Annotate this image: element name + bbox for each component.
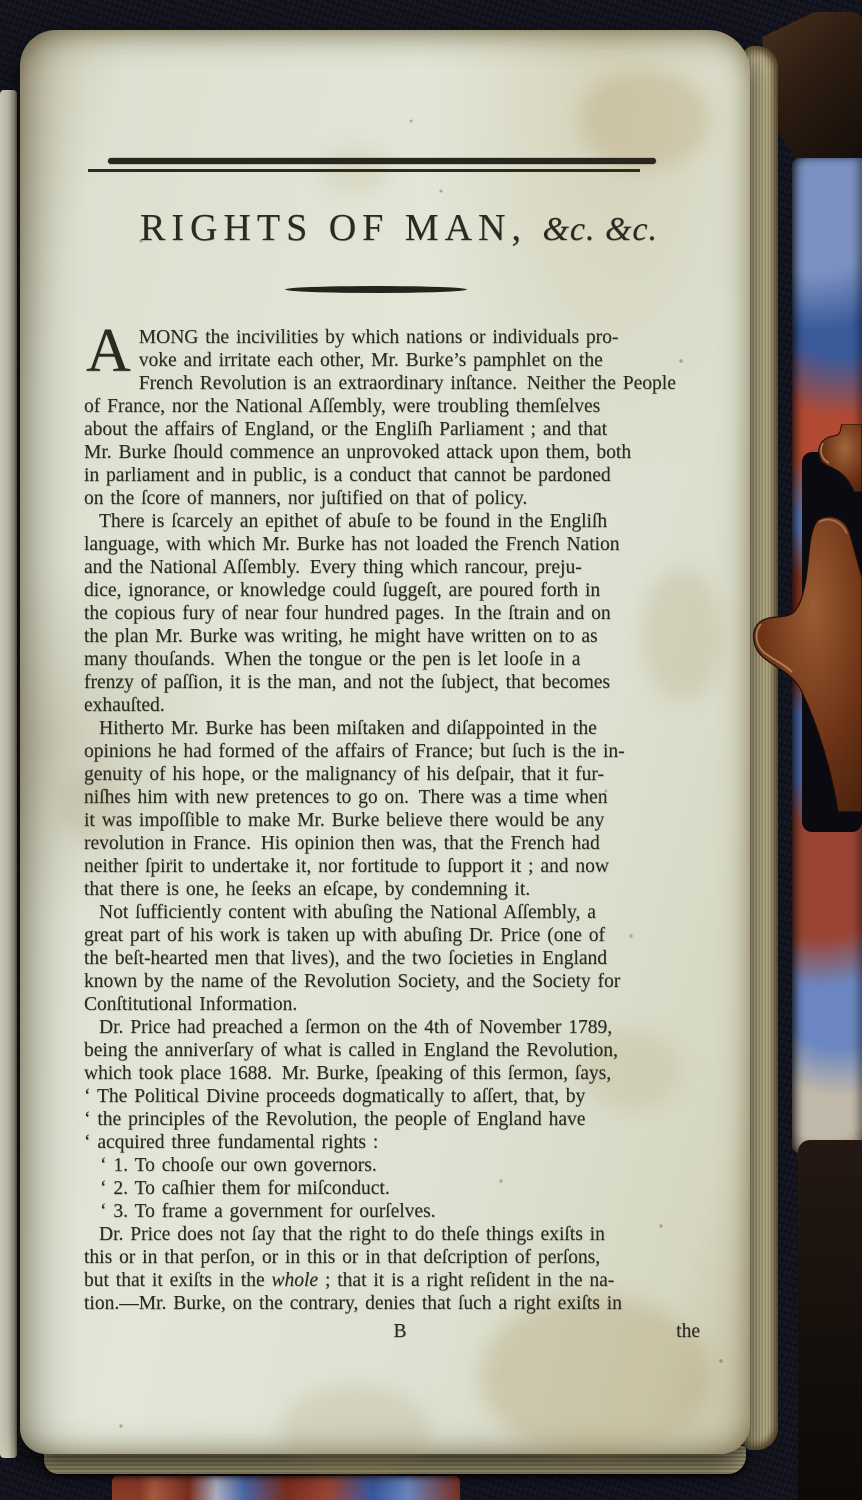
- italic-word-whole: whole: [271, 1270, 318, 1291]
- header-double-rule: [88, 158, 644, 172]
- book-clasp: [750, 512, 862, 812]
- leather-cover-bottom: [798, 1140, 862, 1500]
- book-clasp-top-piece: [814, 424, 862, 492]
- drop-cap: A: [84, 326, 139, 375]
- text-block: AMONG the incivilities by which nations …: [84, 326, 716, 1343]
- numbered-rights-list: ‘ 1. To chooſe our own governors. ‘ 2. T…: [100, 1154, 716, 1223]
- book-page: RIGHTS OF MAN, &c. &c. AMONG the incivil…: [20, 30, 750, 1454]
- photograph-of-open-book: RIGHTS OF MAN, &c. &c. AMONG the incivil…: [0, 0, 862, 1500]
- paragraph-1-text: MONG the incivilities by which nations o…: [84, 327, 676, 509]
- paragraph-6: Dr. Price does not ſay that the right to…: [84, 1223, 716, 1315]
- title-main: RIGHTS OF MAN,: [140, 207, 527, 249]
- paragraph-2: There is ſcarcely an epithet of abuſe to…: [84, 510, 716, 717]
- facing-page-edge: [0, 90, 17, 1458]
- catchword: the: [407, 1320, 717, 1343]
- paragraph-4: Not ſufficiently content with abuſing th…: [84, 901, 716, 1016]
- paragraph-3: Hitherto Mr. Burke has been miſtaken and…: [84, 717, 716, 901]
- swelled-rule-ornament: [285, 286, 467, 293]
- page-footer: B the: [84, 1320, 716, 1343]
- signature-mark: B: [393, 1320, 406, 1343]
- paper-specks: [20, 30, 22, 32]
- marbled-paper-bottom-strip: [112, 1476, 460, 1500]
- paragraph-1: AMONG the incivilities by which nations …: [84, 326, 716, 510]
- page-title: RIGHTS OF MAN, &c. &c.: [84, 206, 714, 250]
- paragraph-5: Dr. Price had preached a ſermon on the 4…: [84, 1016, 716, 1154]
- rule-thin: [88, 169, 640, 172]
- footer-spacer: [84, 1320, 393, 1343]
- rule-thick: [108, 158, 656, 164]
- title-etcetera: &c. &c.: [542, 211, 658, 248]
- paper-stain: [580, 70, 710, 170]
